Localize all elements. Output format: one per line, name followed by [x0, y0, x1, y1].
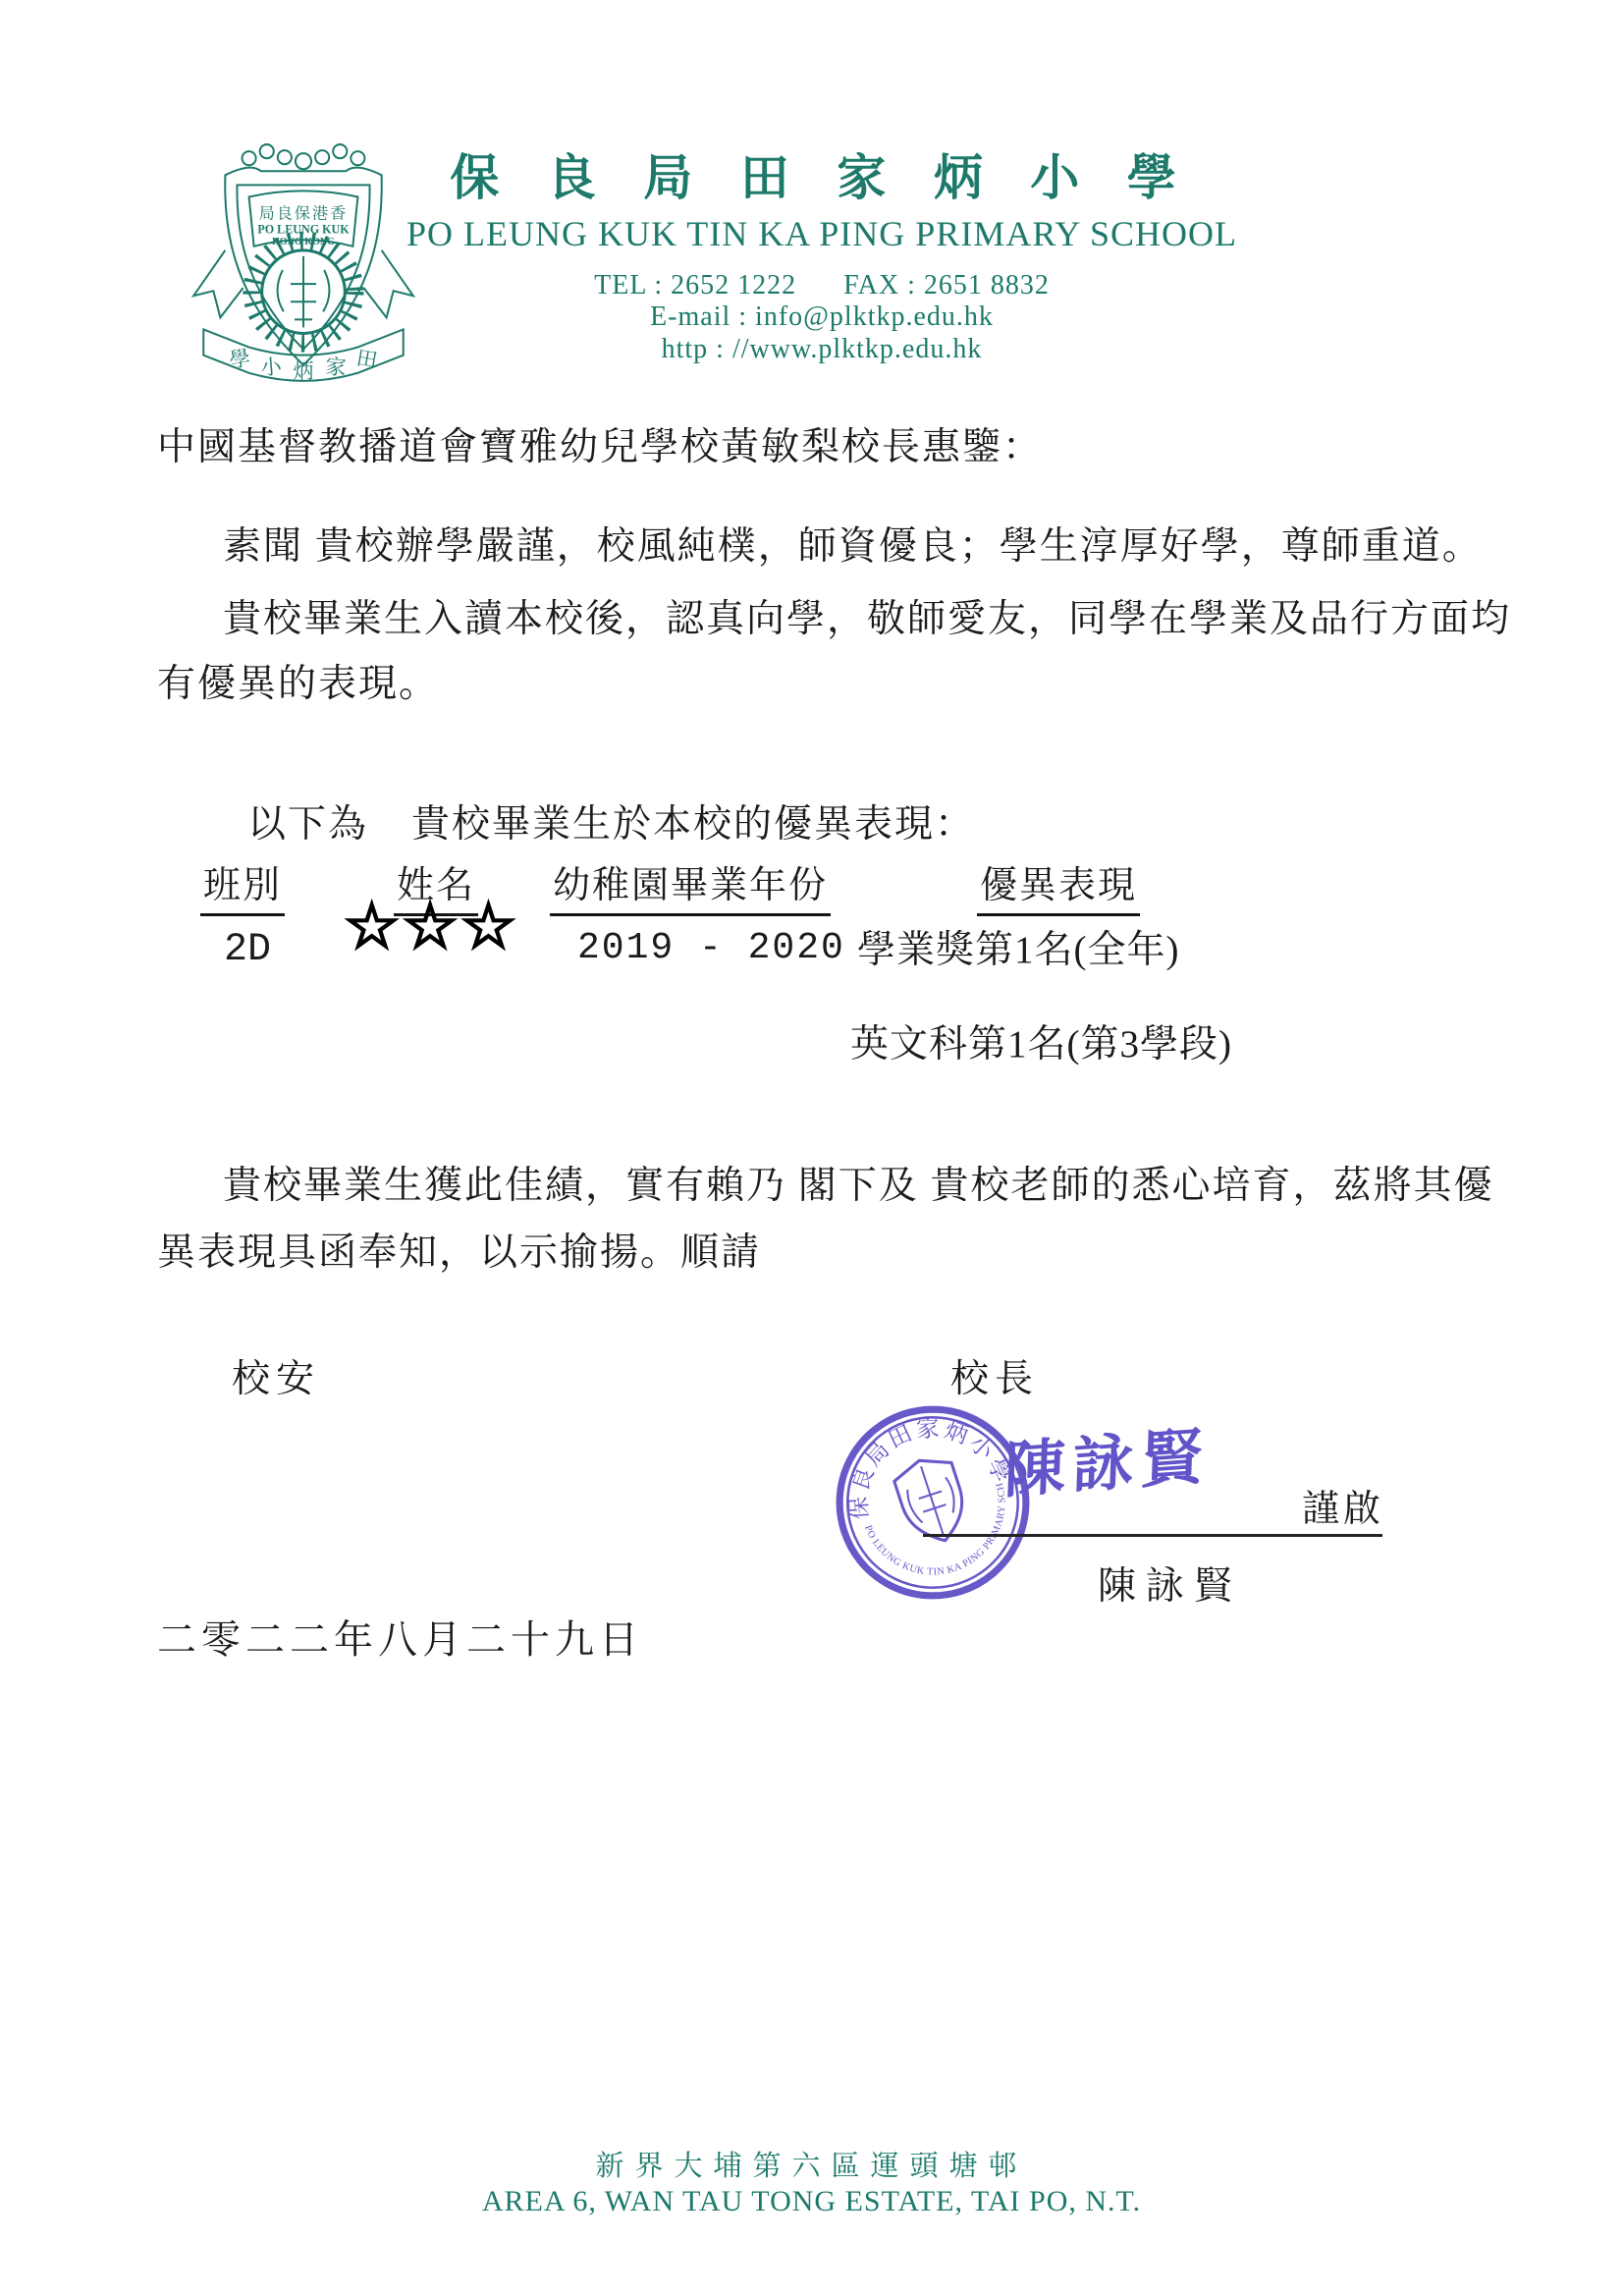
column-header-achievement: 優異表現: [977, 867, 1140, 916]
row-achievement-1: 學業獎第1名(全年): [857, 931, 1179, 969]
paragraph-1: 素聞 貴校辦學嚴謹，校風純樸，師資優良；學生淳厚好學，尊師重道。: [223, 527, 1483, 566]
principal-title: 校長: [950, 1360, 1039, 1398]
school-name-zh: 保 良 局 田 家 炳 小 學: [314, 153, 1329, 202]
crest-ribbon-char: 炳: [293, 359, 313, 383]
crest-chain-link: [243, 151, 256, 165]
website-line: http : //www.plktkp.edu.hk: [314, 336, 1329, 363]
closing-line-1: 貴校畢業生獲此佳績，實有賴乃 閣下及 貴校老師的悉心培育，茲將其優: [223, 1167, 1494, 1205]
svg-text:保良局田家炳小學: 保良局田家炳小學: [833, 1402, 1018, 1535]
stamp-text-zh: 保良局田家炳小學: [833, 1402, 1018, 1535]
paragraph-2-line-1: 貴校畢業生入讀本校後，認真向學，敬師愛友，同學在學業及品行方面均: [223, 600, 1511, 638]
principal-signature-handwritten: 陳詠賢: [1003, 1427, 1212, 1503]
letter-page: 局良保港香 PO LEUNG KUK HONG KONG 學 小 炳 家 田 保…: [0, 0, 1623, 2296]
principal-name-printed: 陳詠賢: [1098, 1567, 1242, 1606]
footer-address-en: AREA 6, WAN TAU TONG ESTATE, TAI PO, N.T…: [0, 2187, 1623, 2216]
email-line: E-mail : info@plktkp.edu.hk: [314, 303, 1329, 331]
row-class-value: 2D: [224, 931, 271, 970]
footer-address-zh: 新界大埔第六區運頭塘邨: [0, 2153, 1623, 2181]
regards-phrase: 校安: [232, 1360, 320, 1398]
school-name-en: PO LEUNG KUK TIN KA PING PRIMARY SCHOOL: [314, 216, 1329, 251]
row-name-redacted-stars: ☆☆☆: [344, 896, 518, 958]
paragraph-2-line-2: 有優異的表現。: [157, 665, 439, 703]
salutation: 中國基督教播道會寶雅幼兒學校黃敏梨校長惠鑒：: [157, 428, 1043, 466]
row-achievement-2: 英文科第1名(第3學段): [850, 1025, 1232, 1064]
row-kindergarten-years: 2019 - 2020: [577, 930, 845, 967]
intro-rest: 貴校畢業生於本校的優異表現：: [411, 803, 975, 846]
crest-ribbon-char: 小: [260, 355, 284, 380]
crest-ribbon-char: 學: [228, 346, 252, 372]
signoff-phrase: 謹啟: [1302, 1491, 1384, 1528]
tel-fax-line: TEL : 2652 1222 FAX : 2651 8832: [314, 272, 1329, 300]
column-header-class: 班別: [200, 867, 285, 916]
intro-prefix: 以下為: [247, 803, 368, 846]
signature-line: [923, 1534, 1382, 1537]
closing-line-2: 異表現具函奉知，以示揄揚。順請: [157, 1233, 761, 1272]
column-header-kindergarten-year: 幼稚園畢業年份: [550, 867, 831, 916]
letter-date: 二零二二年八月二十九日: [157, 1620, 643, 1660]
